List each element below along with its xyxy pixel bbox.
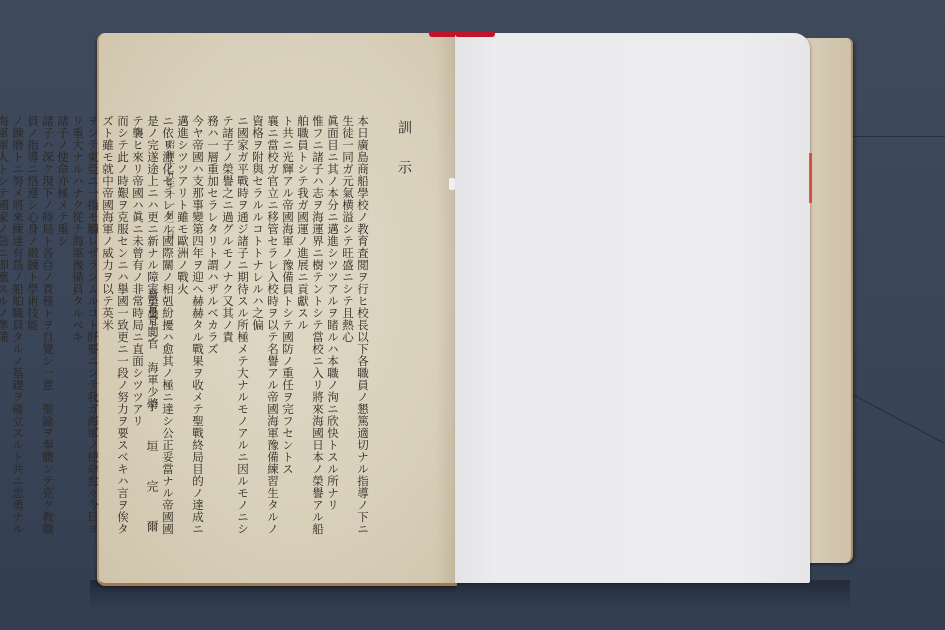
paragraph: 惟フニ諸子ハ志ヲ海運界ニ樹テントシテ當校ニ入リ將來海國日本ノ榮譽アル船舶職員トシ… xyxy=(295,115,325,535)
page-title: 訓示 xyxy=(394,120,414,200)
paragraph: 而シテ此ノ時艱ヲ克服センニハ擧國一致更ニ一段ノ努力ヲ要スベキハ言ヲ俟タズト雖モ就… xyxy=(100,115,130,535)
paragraph: 眞面目ニ其ノ本分ニ邁進シツツアルヲ睹ルハ本職ノ洵ニ欣快トスル所ナリ xyxy=(325,115,340,535)
paragraph: 襄ニ當校ガ官立ニ移管セラレ入校時ヲ以テ名譽アル帝國海軍豫備練習生タルノ資格ヲ附與… xyxy=(250,115,280,535)
body-text: 本日廣島商船學校ノ教育査閲ヲ行ヒ校長以下各職員ノ懇篤適切ナル指導ノ下ニ生徒一同ガ… xyxy=(182,115,370,535)
date: 昭和十五年十一月二日 xyxy=(163,140,176,240)
paragraph: 諸子ノ使命亦極メテ重シ xyxy=(55,115,70,535)
page-gutter xyxy=(435,33,457,583)
paragraph: ト共ニ光輝アル帝國海軍ノ豫備員トシテ國防ノ重任ヲ完フセントス xyxy=(280,115,295,535)
paragraph: テ襲ヒ來リ帝國ハ眞ニ未曾有ノ非常時局ニ直面シツツアリ xyxy=(130,115,145,535)
binding-staple xyxy=(449,178,455,190)
paragraph: ニ國家ガ平戰時ヲ通ジ諸子ニ期待スル所極メテ大ナルモノアルニ因ルモノニシテ諸子ノ榮… xyxy=(220,115,250,535)
signatory-title: 教育査閲官 海軍少將 xyxy=(144,290,160,410)
paragraph: 諸子ハ深ク現下ノ時局ト各自ノ責務トヲ自覺シ一意 聖諭ヲ奉體シテ克ク教職員ノ指導ニ… xyxy=(25,115,55,535)
red-page-edge xyxy=(455,31,495,37)
paragraph: 本日廣島商船學校ノ教育査閲ヲ行ヒ校長以下各職員ノ懇篤適切ナル指導ノ下ニ生徒一同ガ… xyxy=(340,115,370,535)
signatory-name: 宇垣完爾 xyxy=(144,400,161,560)
right-page-blank-insert xyxy=(455,33,810,583)
paragraph: ノ錬磨トニ努メ將來練達有爲ノ船舶職員タルノ基礎ヲ確立スルト共ニ忠勇ナル海軍軍人ト… xyxy=(0,115,25,535)
paragraph: 務ハ一層重加セラレタリト謂ハザルベカラズ xyxy=(205,115,220,535)
paragraph: ヲシテ東亞ニ一指モ觸レザラシムルコト肝要ニシテ我ガ海軍ノ使命愈々今日ヨリ重大ナル… xyxy=(70,115,100,535)
paragraph: 今ヤ帝國ハ支那事變第四年ヲ迎ヘ赫赫タル戰果ヲ收メテ聖戰終局目的ノ達成ニ邁進シツツ… xyxy=(175,115,205,535)
red-page-edge xyxy=(429,31,457,37)
red-edge-trace xyxy=(809,153,812,203)
table-seam-diagonal xyxy=(845,390,945,447)
